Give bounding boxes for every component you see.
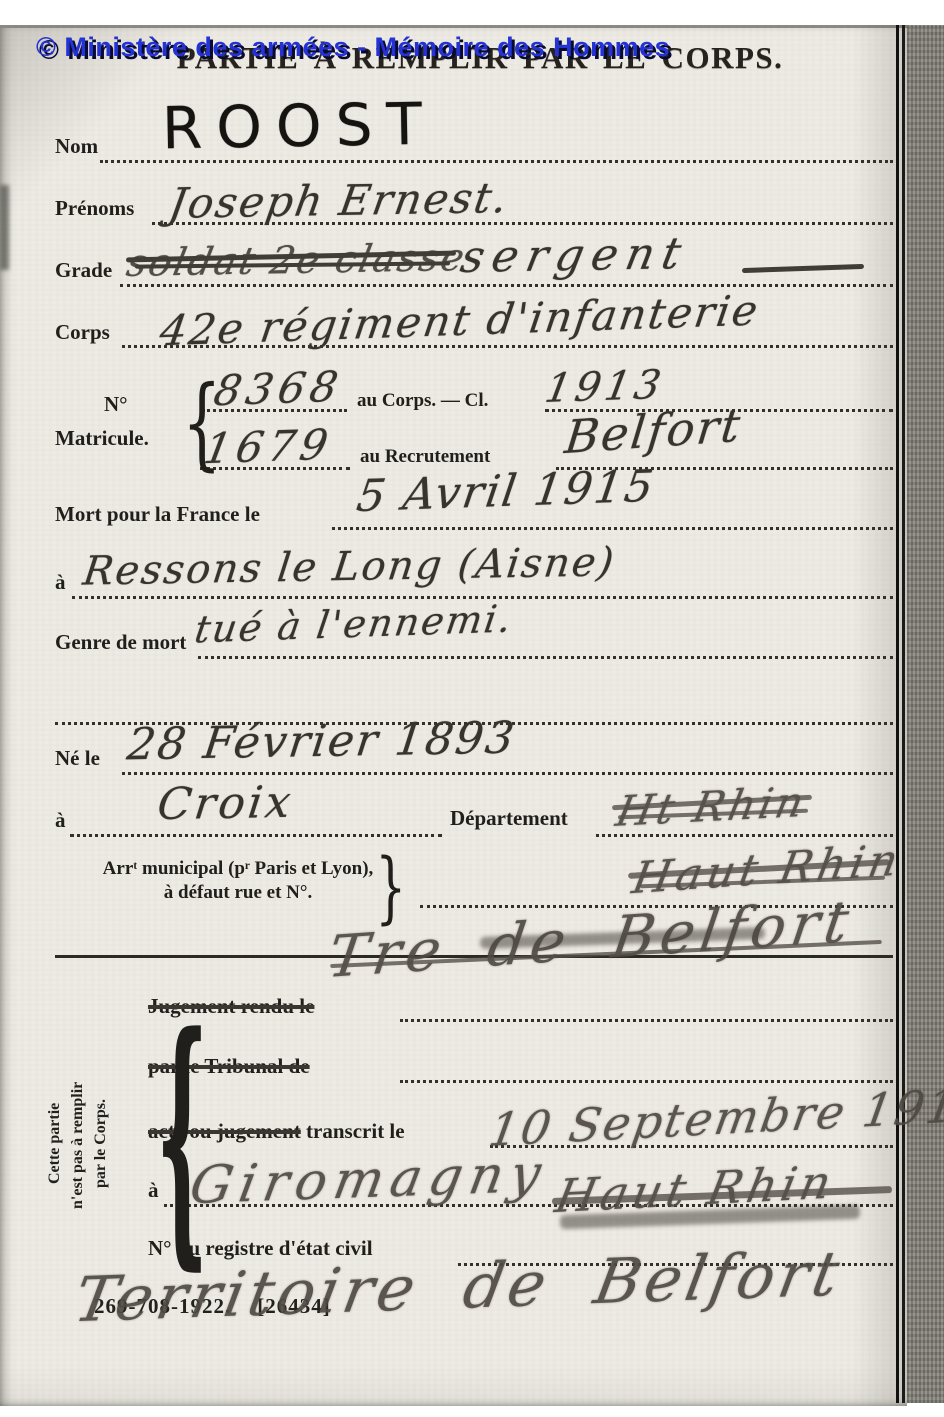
page-edge-line-inner — [902, 25, 905, 1403]
rule-ne-a — [70, 834, 442, 837]
scan-smudge — [0, 185, 9, 270]
ne-a-label: à — [55, 808, 66, 833]
side-note-line2: n'est pas à remplir — [69, 1082, 87, 1209]
arr-municipal-brace: } — [375, 848, 406, 928]
side-note-brace: { — [156, 1002, 208, 1270]
rule-tribunal — [400, 1080, 893, 1083]
matricule-recrutement-number: 1679 — [200, 420, 336, 473]
au-recrutement-label: au Recrutement — [360, 446, 490, 468]
mort-a-label: à — [55, 570, 66, 595]
mort-le-label: Mort pour la France le — [55, 502, 260, 527]
rule-genre-mort — [198, 656, 893, 659]
rule-departement — [596, 834, 893, 837]
scanned-record-page: © Ministère des armées - Mémoire des Hom… — [0, 0, 944, 1417]
watermark: © Ministère des armées - Mémoire des Hom… — [36, 32, 670, 63]
mort-a-value: Ressons le Long (Aisne) — [81, 539, 619, 594]
rule-grade — [120, 284, 893, 287]
transcription-label-rest: transcrit le — [301, 1119, 405, 1143]
book-spine — [907, 25, 944, 1403]
nom-label: Nom — [55, 134, 98, 159]
mort-le-value: 5 Avril 1915 — [354, 461, 659, 522]
side-note-line3: par le Corps. — [92, 1099, 110, 1188]
ne-le-value: 28 Février 1893 — [124, 713, 518, 771]
rule-ne-le — [122, 772, 893, 775]
au-corps-label: au Corps. — Cl. — [357, 390, 488, 412]
arr-municipal-label-line1: Arrᵗ municipal (pʳ Paris et Lyon), — [58, 858, 418, 880]
nom-value: ROOST — [161, 90, 436, 163]
prenoms-label: Prénoms — [55, 196, 134, 221]
rule-mort-le — [332, 527, 893, 530]
departement-label: Département — [450, 806, 568, 831]
arr-municipal-label-line2: à défaut rue et N°. — [58, 882, 418, 904]
grade-label: Grade — [55, 258, 112, 283]
matricule-corps-number: 8368 — [210, 362, 346, 415]
genre-mort-label: Genre de mort — [55, 630, 186, 655]
ne-a-value: Croix — [155, 777, 297, 830]
side-note-line1: Cette partie — [46, 1103, 64, 1184]
transcription-a-value: Giromagny — [185, 1144, 552, 1216]
corps-label: Corps — [55, 320, 110, 345]
matricule-label-top: N° — [104, 392, 128, 417]
ne-le-label: Né le — [55, 746, 100, 771]
page-edge-line-outer — [896, 25, 899, 1403]
matricule-label-bottom: Matricule. — [55, 426, 149, 451]
prenoms-value: Joseph Ernest. — [166, 173, 513, 228]
rule-jugement — [400, 1019, 893, 1022]
grade-value: sergent — [457, 228, 694, 283]
